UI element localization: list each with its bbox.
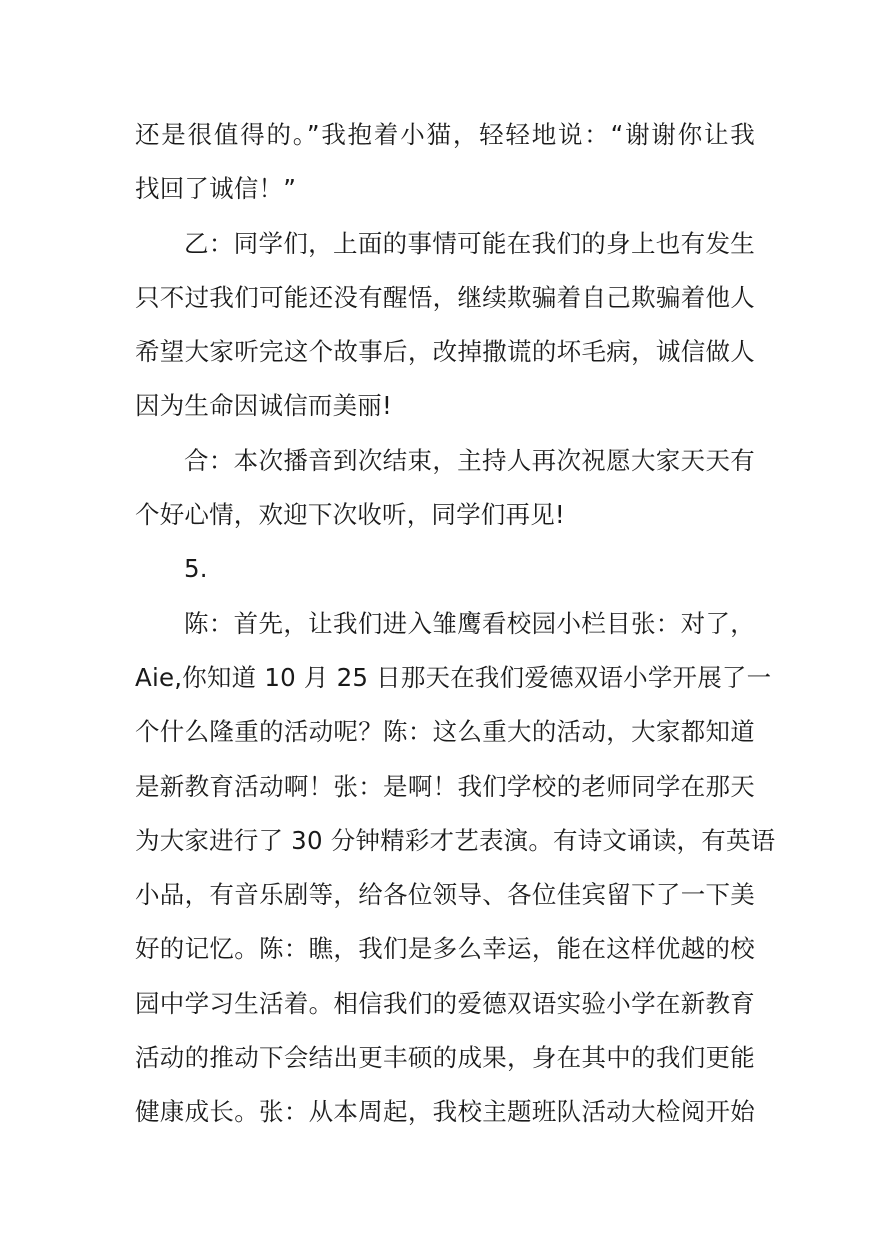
paragraph-start-line: 陈：首先，让我们进入雏鹰看校园小栏目张：对了， xyxy=(135,602,755,656)
text-line: 因为生命因诚信而美丽! xyxy=(135,384,755,438)
text-line: 好的记忆。陈：瞧，我们是多么幸运，能在这样优越的校 xyxy=(135,927,755,981)
text-line: 还是很值得的。”我抱着小猫，轻轻地说：“谢谢你让我 xyxy=(135,113,755,167)
text-line: 为大家进行了 30 分钟精彩才艺表演。有诗文诵读，有英语 xyxy=(135,819,755,873)
text-line: 活动的推动下会结出更丰硕的成果，身在其中的我们更能 xyxy=(135,1036,755,1090)
text-line: 希望大家听完这个故事后，改掉撒谎的坏毛病，诚信做人 xyxy=(135,330,755,384)
text-line: 只不过我们可能还没有醒悟，继续欺骗着自己欺骗着他人 xyxy=(135,276,755,330)
text-line: 是新教育活动啊！张：是啊！我们学校的老师同学在那天 xyxy=(135,765,755,819)
text-line: 小品，有音乐剧等，给各位领导、各位佳宾留下了一下美 xyxy=(135,873,755,927)
paragraph-start-line: 合：本次播音到次结束，主持人再次祝愿大家天天有 xyxy=(135,439,755,493)
text-line: 个好心情，欢迎下次收听，同学们再见! xyxy=(135,493,755,547)
text-line: 园中学习生活着。相信我们的爱德双语实验小学在新教育 xyxy=(135,982,755,1036)
section-number: 5. xyxy=(135,547,755,601)
text-line: Aie,你知道 10 月 25 日那天在我们爱德双语小学开展了一 xyxy=(135,656,755,710)
document-page: 还是很值得的。”我抱着小猫，轻轻地说：“谢谢你让我 找回了诚信！” 乙：同学们，… xyxy=(135,113,755,1145)
text-line: 个什么隆重的活动呢？陈：这么重大的活动，大家都知道 xyxy=(135,710,755,764)
text-line: 健康成长。张：从本周起，我校主题班队活动大检阅开始 xyxy=(135,1090,755,1144)
paragraph-start-line: 乙：同学们，上面的事情可能在我们的身上也有发生 xyxy=(135,222,755,276)
text-line: 找回了诚信！” xyxy=(135,167,755,221)
